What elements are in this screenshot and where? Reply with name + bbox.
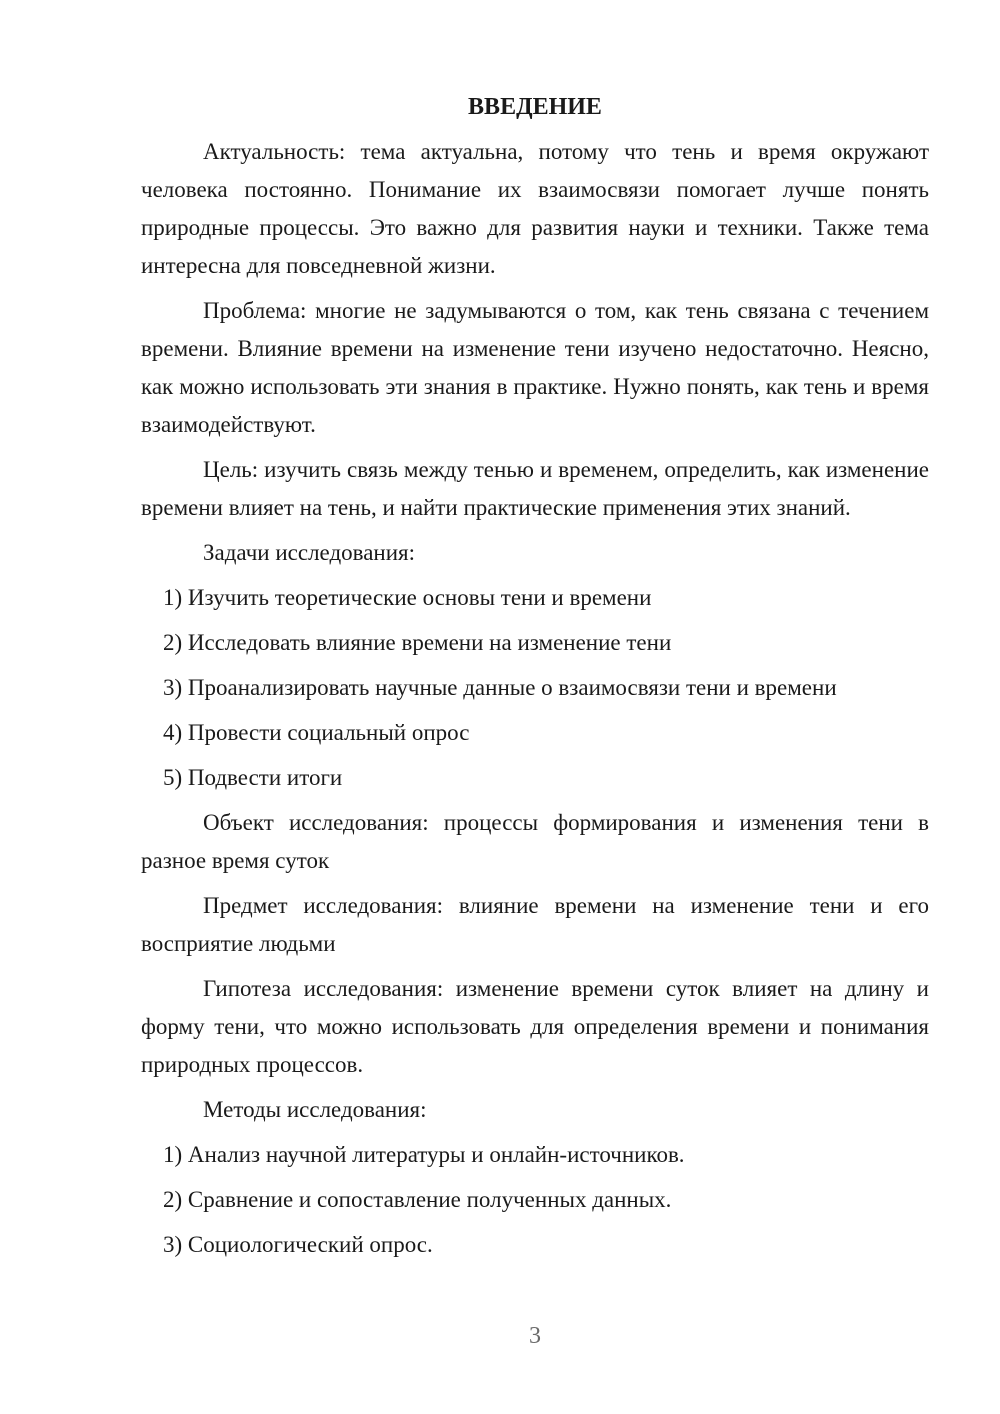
tasks-heading: Задачи исследования: (141, 534, 929, 572)
task-list-item: 1) Изучить теоретические основы тени и в… (141, 579, 929, 617)
paragraph-relevance: Актуальность: тема актуальна, потому что… (141, 133, 929, 285)
paragraph-problem: Проблема: многие не задумываются о том, … (141, 292, 929, 444)
tasks-list: 1) Изучить теоретические основы тени и в… (141, 579, 929, 797)
paragraph-goal: Цель: изучить связь между тенью и времен… (141, 451, 929, 527)
methods-list: 1) Анализ научной литературы и онлайн-ис… (141, 1136, 929, 1264)
task-list-item: 3) Проанализировать научные данные о вза… (141, 669, 929, 707)
task-list-item: 4) Провести социальный опрос (141, 714, 929, 752)
document-heading: ВВЕДЕНИЕ (141, 88, 929, 126)
method-list-item: 2) Сравнение и сопоставление полученных … (141, 1181, 929, 1219)
task-list-item: 2) Исследовать влияние времени на измене… (141, 624, 929, 662)
method-list-item: 1) Анализ научной литературы и онлайн-ис… (141, 1136, 929, 1174)
document-page: ВВЕДЕНИЕ Актуальность: тема актуальна, п… (0, 0, 1000, 1414)
paragraph-hypothesis: Гипотеза исследования: изменение времени… (141, 970, 929, 1084)
method-list-item: 3) Социологический опрос. (141, 1226, 929, 1264)
paragraph-research-object: Объект исследования: процессы формирован… (141, 804, 929, 880)
paragraph-research-subject: Предмет исследования: влияние времени на… (141, 887, 929, 963)
page-number: 3 (141, 1320, 929, 1352)
task-list-item: 5) Подвести итоги (141, 759, 929, 797)
methods-heading: Методы исследования: (141, 1091, 929, 1129)
